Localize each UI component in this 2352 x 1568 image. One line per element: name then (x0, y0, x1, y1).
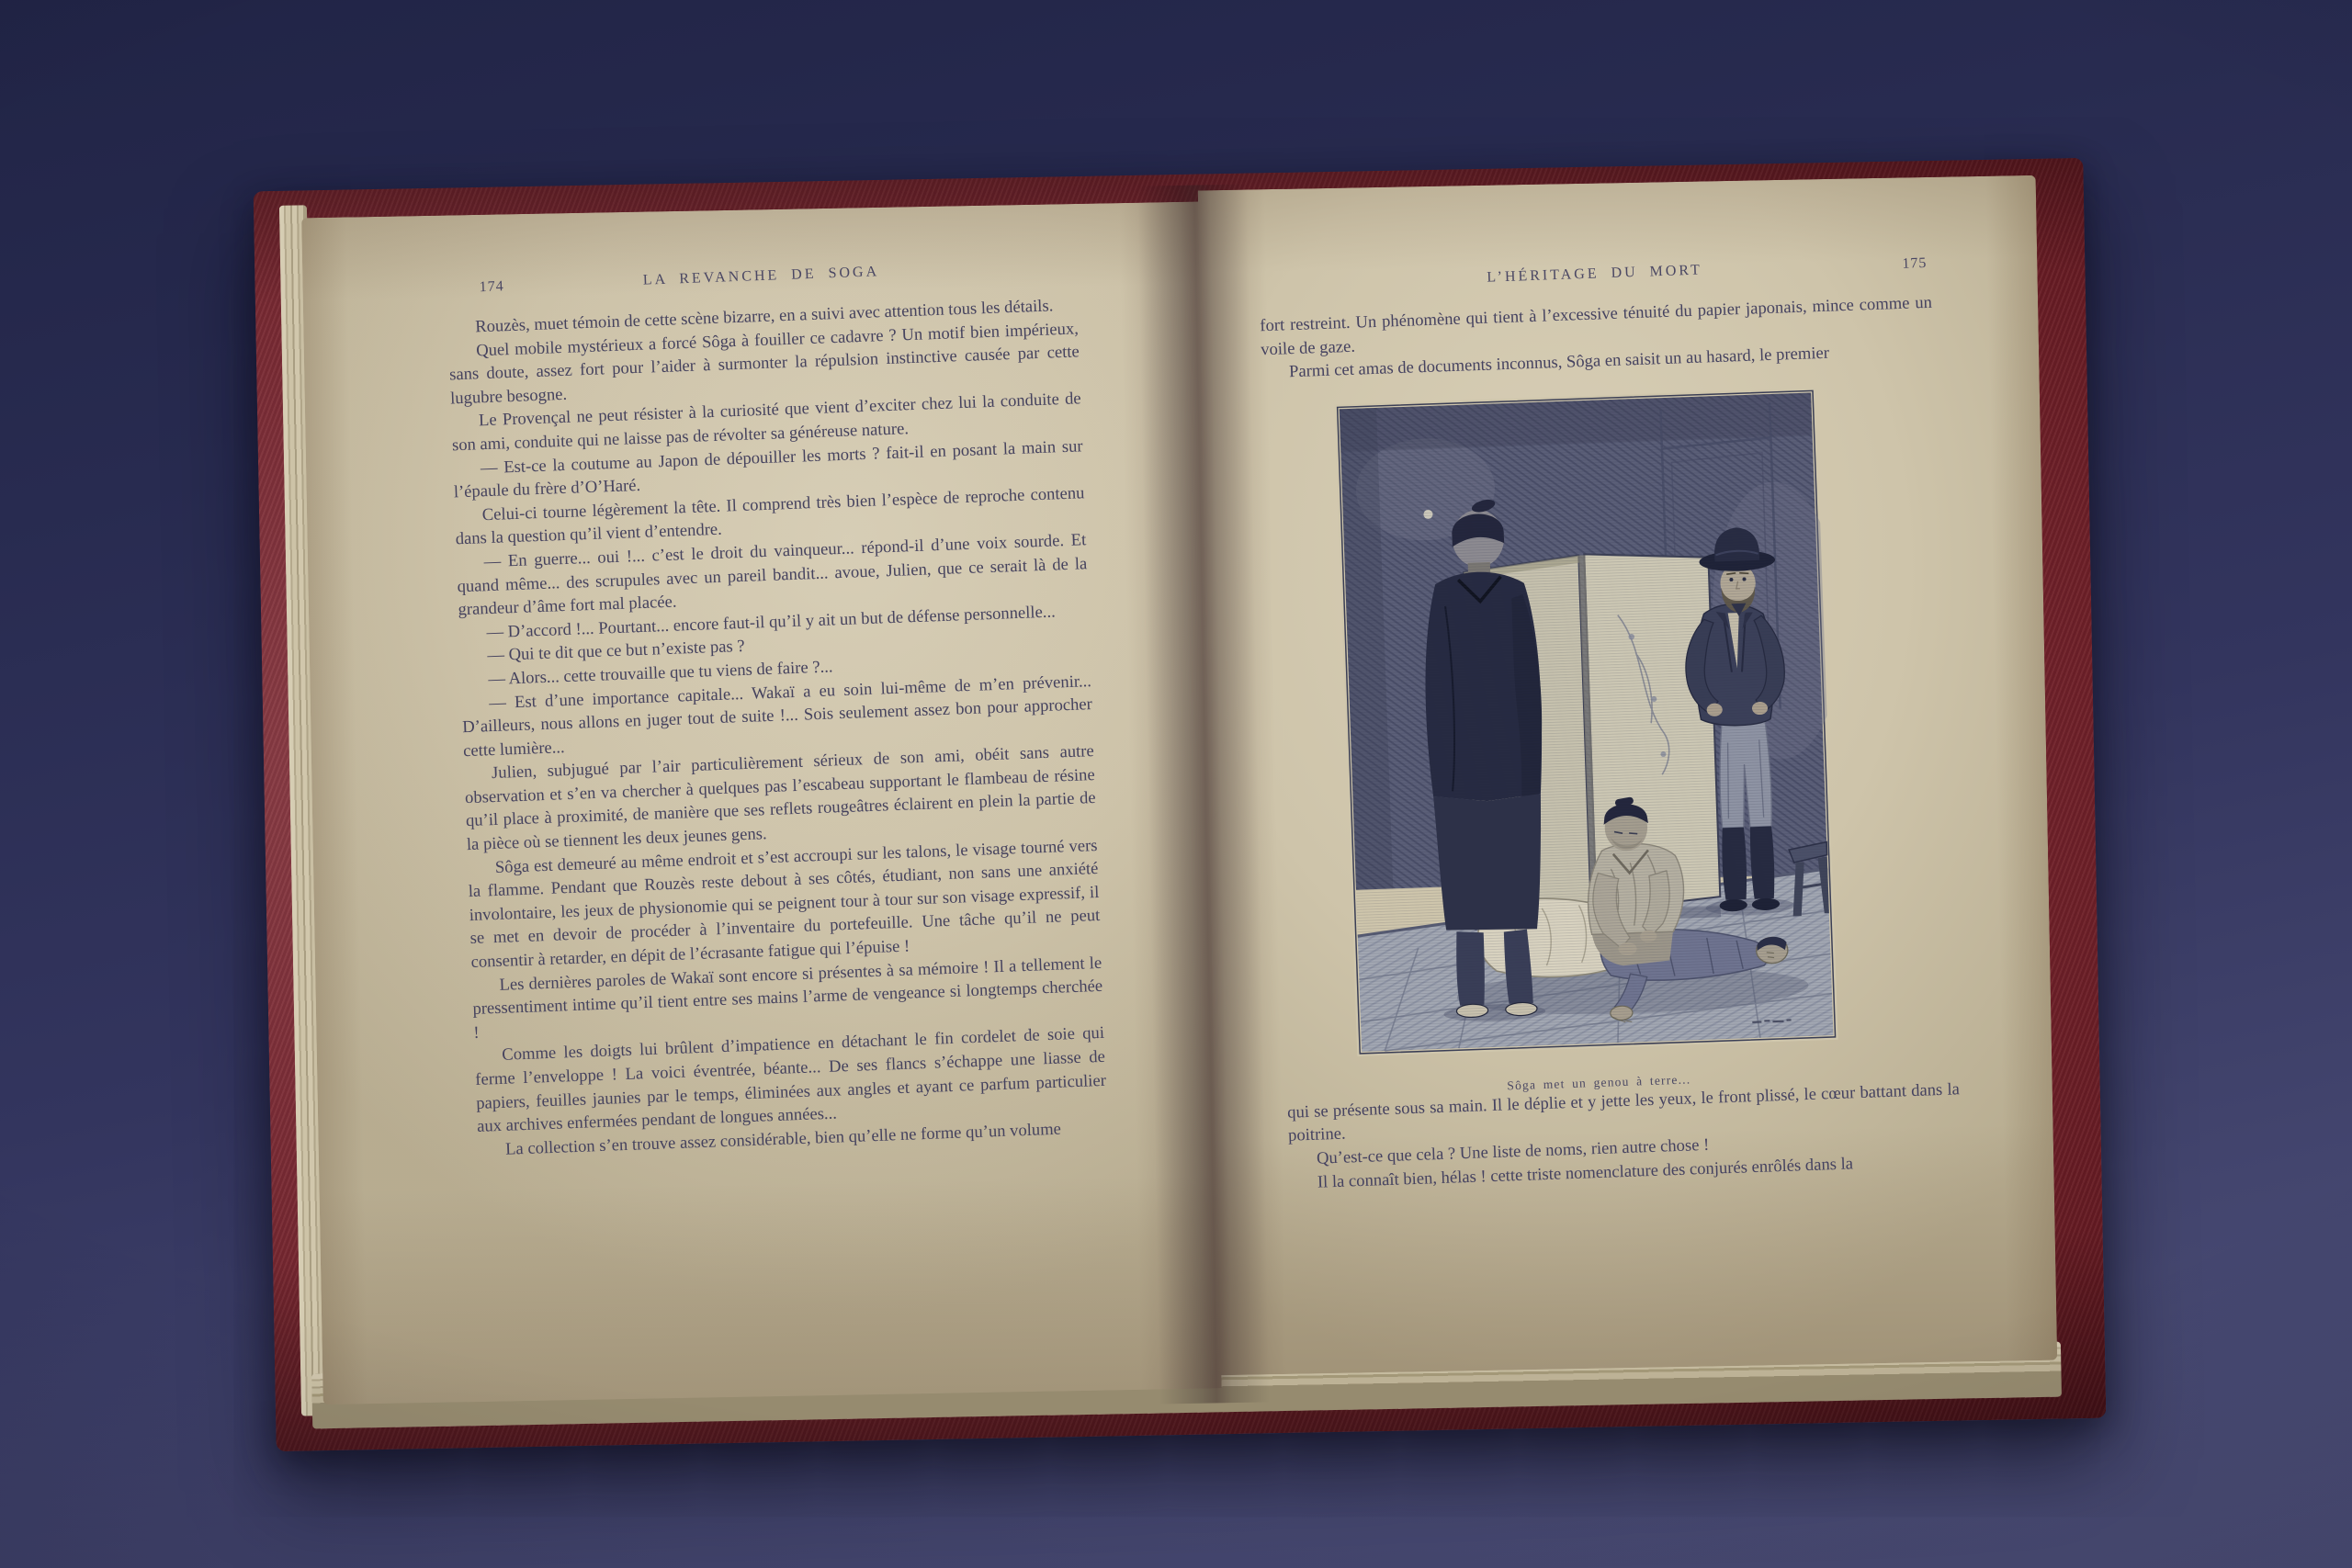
engraving-scene (1340, 391, 1838, 1051)
left-page: 174 LA REVANCHE DE SOGA Rouzès, muet tém… (301, 201, 1222, 1404)
page-number: 174 (479, 278, 504, 296)
engraving-illustration (1334, 388, 1837, 1056)
running-title: L’HÉRITAGE DU MORT (1259, 254, 1931, 295)
photo-background: 174 LA REVANCHE DE SOGA Rouzès, muet tém… (0, 0, 2352, 1568)
paragraph: Sôga est demeuré au même endroit et s’es… (467, 834, 1101, 975)
running-title: LA REVANCHE DE SOGA (446, 256, 1076, 296)
illustration-figure: Sôga met un genou à terre... (1334, 388, 1839, 1099)
left-page-content: 174 LA REVANCHE DE SOGA Rouzès, muet tém… (446, 256, 1108, 1162)
right-page: L’HÉRITAGE DU MORT 175 fort restreint. U… (1198, 175, 2057, 1375)
right-page-content: L’HÉRITAGE DU MORT 175 fort restreint. U… (1259, 254, 1962, 1195)
open-book: 174 LA REVANCHE DE SOGA Rouzès, muet tém… (254, 158, 2107, 1451)
page-number: 175 (1902, 255, 1928, 273)
